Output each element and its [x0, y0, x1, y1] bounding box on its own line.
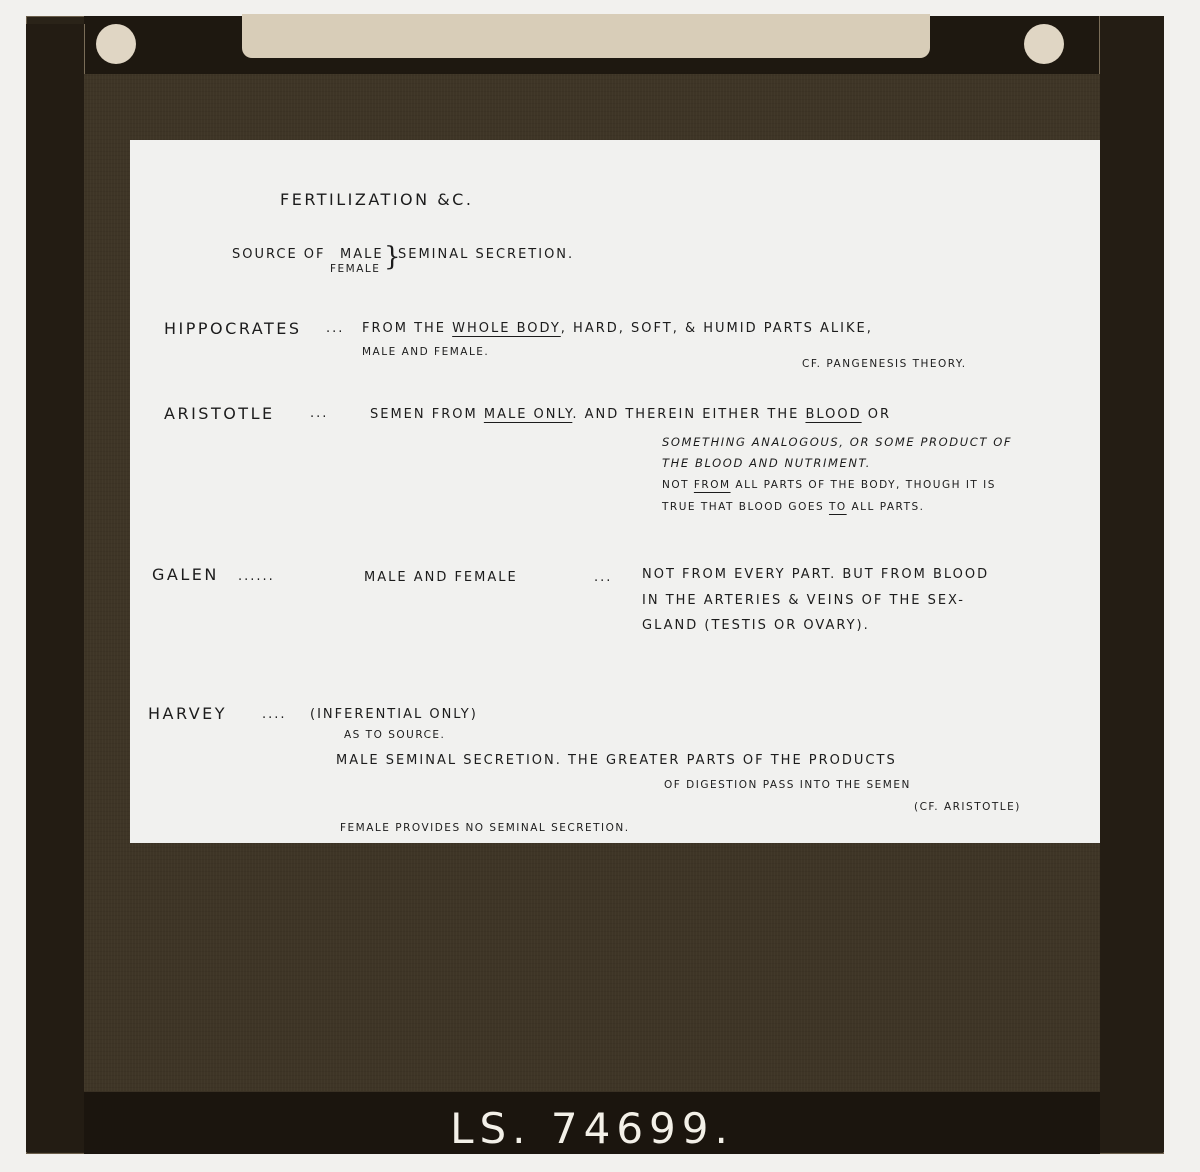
underlined-emphasis: whole body	[452, 321, 561, 336]
aristotle-line-3: the Blood and nutriment.	[662, 458, 871, 470]
lantern-slide-mount: LS. 74699. Fertilization &c. Source of M…	[26, 16, 1164, 1154]
aristotle-line-4: Not from all parts of the body, though i…	[662, 480, 996, 491]
harvey-line-2: of digestion pass into the semen	[664, 780, 911, 791]
harvey-line-3: (cf. Aristotle)	[914, 802, 1021, 813]
underlined-emphasis: from	[694, 479, 731, 491]
subtitle-option-female: Female	[330, 264, 380, 275]
galen-line-1: Not from every part. But from Blood	[642, 568, 989, 581]
underlined-emphasis: male only	[484, 407, 572, 422]
entry-name-hippocrates: Hippocrates	[164, 321, 302, 337]
subtitle-option-male: Male	[340, 248, 384, 261]
galen-line-3: gland (testis or ovary).	[642, 619, 870, 632]
entry-name-galen: Galen	[152, 567, 219, 583]
underlined-emphasis: to	[829, 501, 847, 513]
galen-line-2: in the arteries & veins of the sex-	[642, 594, 965, 607]
entry-name-harvey: Harvey	[148, 706, 227, 722]
entry-leader: ....	[262, 708, 287, 721]
aristotle-line-2: Something analogous, or some product of	[662, 437, 1012, 449]
entry-leader: ...	[310, 407, 328, 420]
top-label-strip	[242, 14, 930, 58]
aristotle-line-5: true that blood goes to all parts.	[662, 502, 925, 513]
hippocrates-sub: Male and female.	[362, 347, 489, 358]
subtitle-prefix: Source of	[232, 248, 326, 261]
hippocrates-line-1: From the whole body, hard, soft, & humid…	[362, 322, 873, 335]
entry-leader: ......	[238, 570, 275, 583]
harvey-qualifier-sub: As to source.	[344, 730, 445, 741]
harvey-line-1: Male seminal secretion. The greater part…	[336, 754, 897, 767]
galen-source: Male and female	[364, 571, 518, 584]
slide-title: Fertilization &c.	[280, 192, 473, 208]
underlined-emphasis: Blood	[805, 407, 861, 422]
mount-bottom-binding: LS. 74699.	[84, 1091, 1100, 1154]
orientation-dot-right-icon	[1024, 24, 1064, 64]
mount-left-binding	[26, 24, 85, 1152]
slide-text-card: Fertilization &c. Source of Male Female …	[130, 140, 1100, 843]
aristotle-line-1: Semen from male only. And therein either…	[370, 408, 891, 421]
harvey-qualifier: (Inferential only)	[310, 708, 478, 721]
entry-leader: ...	[326, 322, 344, 335]
mount-right-binding	[1099, 16, 1164, 1152]
harvey-line-4: Female provides no seminal secretion.	[340, 823, 630, 834]
catalog-number: LS. 74699.	[84, 1108, 1100, 1150]
orientation-dot-left-icon	[96, 24, 136, 64]
hippocrates-note: cf. Pangenesis theory.	[802, 359, 967, 370]
subtitle-suffix: Seminal Secretion.	[398, 248, 574, 261]
entry-leader-2: ...	[594, 571, 612, 584]
entry-name-aristotle: Aristotle	[164, 406, 275, 422]
